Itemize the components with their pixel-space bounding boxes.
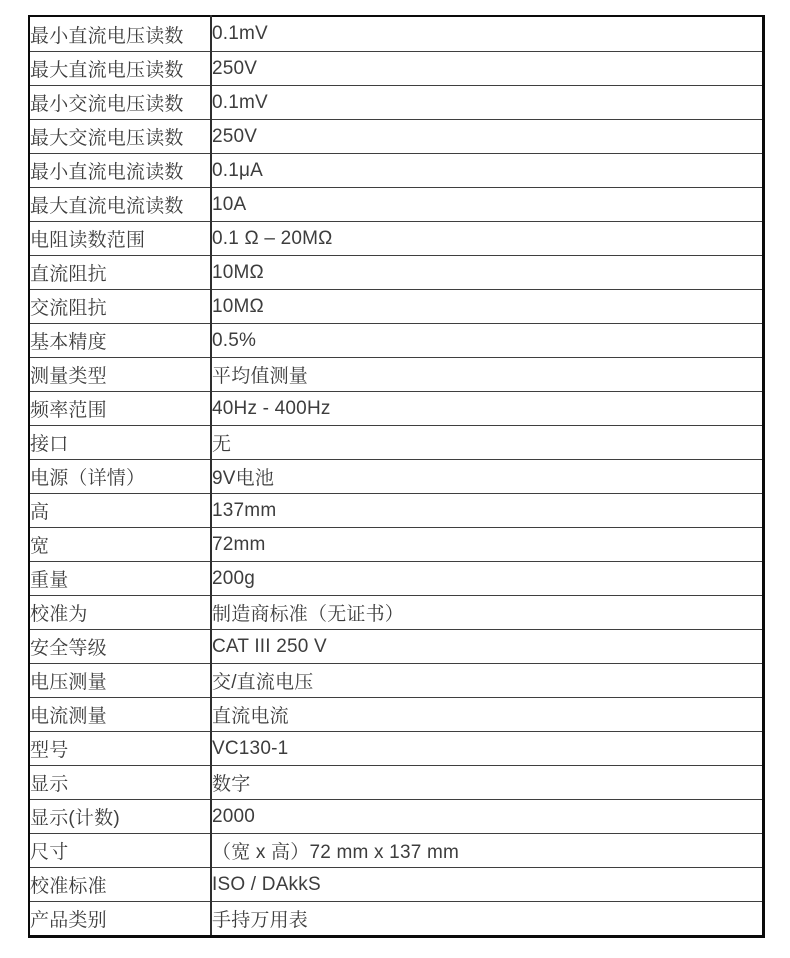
spec-table-row: 产品类别 手持万用表 [29,902,764,937]
spec-value: 手持万用表 [211,902,764,937]
spec-value: 数字 [211,766,764,800]
spec-table-row: 最大直流电压读数 250V [29,52,764,86]
spec-value: 137mm [211,494,764,528]
spec-value: 10A [211,188,764,222]
spec-table-row: 电压测量 交/直流电压 [29,664,764,698]
spec-label: 型号 [29,732,211,766]
spec-table-row: 最小直流电压读数 0.1mV [29,16,764,52]
spec-label: 接口 [29,426,211,460]
spec-value: 0.1μA [211,154,764,188]
spec-label: 最小直流电流读数 [29,154,211,188]
spec-value: 直流电流 [211,698,764,732]
spec-value: 无 [211,426,764,460]
spec-table-row: 基本精度 0.5% [29,324,764,358]
spec-value: 交/直流电压 [211,664,764,698]
spec-label: 交流阻抗 [29,290,211,324]
spec-value: CAT III 250 V [211,630,764,664]
spec-table-row: 最大直流电流读数 10A [29,188,764,222]
spec-label: 重量 [29,562,211,596]
spec-label: 直流阻抗 [29,256,211,290]
spec-label: 最小直流电压读数 [29,16,211,52]
spec-label: 最小交流电压读数 [29,86,211,120]
spec-table-row: 频率范围 40Hz - 400Hz [29,392,764,426]
spec-table-body: 最小直流电压读数 0.1mV 最大直流电压读数 250V 最小交流电压读数 0.… [29,16,764,937]
spec-label: 显示 [29,766,211,800]
spec-table-row: 最小直流电流读数 0.1μA [29,154,764,188]
spec-value: 10MΩ [211,256,764,290]
spec-table-row: 安全等级 CAT III 250 V [29,630,764,664]
spec-label: 测量类型 [29,358,211,392]
spec-table-row: 电源（详情） 9V电池 [29,460,764,494]
spec-value: 平均值测量 [211,358,764,392]
spec-value: 0.1mV [211,16,764,52]
spec-table-row: 显示(计数) 2000 [29,800,764,834]
spec-label: 安全等级 [29,630,211,664]
spec-value: VC130-1 [211,732,764,766]
spec-label: 校准标准 [29,868,211,902]
spec-table-row: 最小交流电压读数 0.1mV [29,86,764,120]
spec-table-row: 最大交流电压读数 250V [29,120,764,154]
spec-label: 频率范围 [29,392,211,426]
spec-value: 250V [211,52,764,86]
spec-table-row: 测量类型 平均值测量 [29,358,764,392]
spec-table-row: 宽 72mm [29,528,764,562]
spec-label: 产品类别 [29,902,211,937]
spec-table-row: 尺寸 （宽 x 高）72 mm x 137 mm [29,834,764,868]
spec-label: 宽 [29,528,211,562]
spec-label: 显示(计数) [29,800,211,834]
spec-table-row: 交流阻抗 10MΩ [29,290,764,324]
spec-table-row: 高 137mm [29,494,764,528]
spec-label: 电流测量 [29,698,211,732]
spec-table-row: 显示 数字 [29,766,764,800]
spec-label: 基本精度 [29,324,211,358]
spec-value: 40Hz - 400Hz [211,392,764,426]
spec-label: 电源（详情） [29,460,211,494]
spec-value: （宽 x 高）72 mm x 137 mm [211,834,764,868]
spec-table-row: 校准标准 ISO / DAkkS [29,868,764,902]
spec-label: 电压测量 [29,664,211,698]
spec-label: 最大直流电流读数 [29,188,211,222]
spec-label: 校准为 [29,596,211,630]
spec-label: 最大交流电压读数 [29,120,211,154]
spec-table-row: 电流测量 直流电流 [29,698,764,732]
spec-value: 制造商标准（无证书） [211,596,764,630]
spec-label: 尺寸 [29,834,211,868]
spec-value: 0.5% [211,324,764,358]
spec-table-row: 电阻读数范围 0.1 Ω – 20MΩ [29,222,764,256]
spec-value: 0.1mV [211,86,764,120]
spec-value: ISO / DAkkS [211,868,764,902]
spec-label: 高 [29,494,211,528]
spec-table-row: 直流阻抗 10MΩ [29,256,764,290]
spec-page: 最小直流电压读数 0.1mV 最大直流电压读数 250V 最小交流电压读数 0.… [0,0,790,958]
spec-value: 9V电池 [211,460,764,494]
spec-label: 电阻读数范围 [29,222,211,256]
spec-table-row: 重量 200g [29,562,764,596]
spec-value: 10MΩ [211,290,764,324]
spec-value: 2000 [211,800,764,834]
spec-table-row: 校准为 制造商标准（无证书） [29,596,764,630]
spec-value: 200g [211,562,764,596]
spec-value: 72mm [211,528,764,562]
spec-label: 最大直流电压读数 [29,52,211,86]
spec-table-row: 接口 无 [29,426,764,460]
spec-table-row: 型号 VC130-1 [29,732,764,766]
spec-table: 最小直流电压读数 0.1mV 最大直流电压读数 250V 最小交流电压读数 0.… [28,15,765,938]
spec-value: 0.1 Ω – 20MΩ [211,222,764,256]
spec-value: 250V [211,120,764,154]
